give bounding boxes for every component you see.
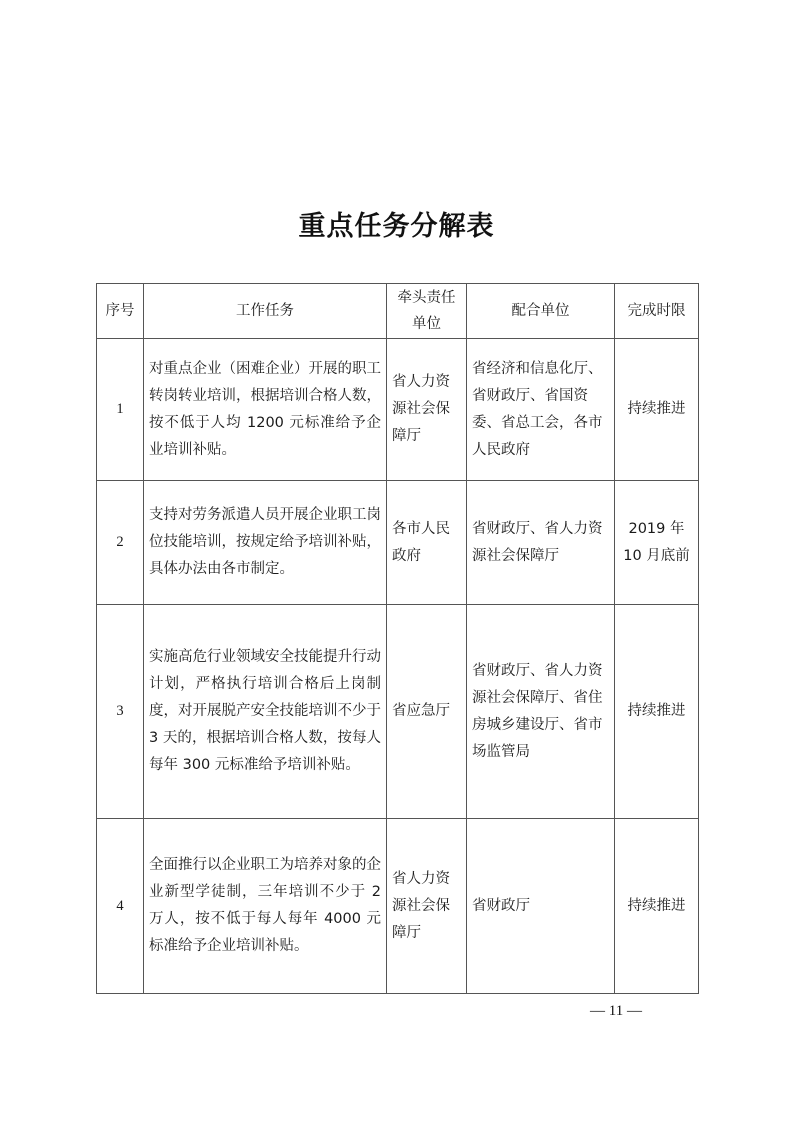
row-deadline: 持续推进: [615, 819, 699, 994]
row-deadline: 2019 年 10 月底前: [615, 481, 699, 605]
row-task: 实施高危行业领域安全技能提升行动计划，严格执行培训合格后上岗制度，对开展脱产安全…: [144, 605, 387, 819]
task-breakdown-table: 序号 工作任务 牵头责任单位 配合单位 完成时限 1 对重点企业（困难企业）开展…: [96, 283, 699, 994]
row-task: 全面推行以企业职工为培养对象的企业新型学徒制，三年培训不少于 2 万人，按不低于…: [144, 819, 387, 994]
row-task: 支持对劳务派遣人员开展企业职工岗位技能培训，按规定给予培训补贴，具体办法由各市制…: [144, 481, 387, 605]
page-number: — 11 —: [590, 1003, 642, 1020]
row-coop-units: 省财政厅、省人力资源社会保障厅: [467, 481, 615, 605]
table-row: 2 支持对劳务派遣人员开展企业职工岗位技能培训，按规定给予培训补贴，具体办法由各…: [97, 481, 699, 605]
table-row: 3 实施高危行业领域安全技能提升行动计划，严格执行培训合格后上岗制度，对开展脱产…: [97, 605, 699, 819]
table-row: 4 全面推行以企业职工为培养对象的企业新型学徒制，三年培训不少于 2 万人，按不…: [97, 819, 699, 994]
row-lead-unit: 省人力资源社会保障厅: [387, 339, 467, 481]
table-header-row: 序号 工作任务 牵头责任单位 配合单位 完成时限: [97, 284, 699, 339]
header-coop-units: 配合单位: [467, 284, 615, 339]
row-index: 3: [97, 605, 144, 819]
table-row: 1 对重点企业（困难企业）开展的职工转岗转业培训，根据培训合格人数，按不低于人均…: [97, 339, 699, 481]
row-deadline: 持续推进: [615, 605, 699, 819]
row-index: 2: [97, 481, 144, 605]
row-lead-unit: 省应急厅: [387, 605, 467, 819]
document-title: 重点任务分解表: [0, 204, 793, 243]
row-deadline: 持续推进: [615, 339, 699, 481]
row-index: 4: [97, 819, 144, 994]
header-task: 工作任务: [144, 284, 387, 339]
row-coop-units: 省财政厅: [467, 819, 615, 994]
row-coop-units: 省财政厅、省人力资源社会保障厅、省住房城乡建设厅、省市场监管局: [467, 605, 615, 819]
header-deadline: 完成时限: [615, 284, 699, 339]
header-lead-unit: 牵头责任单位: [387, 284, 467, 339]
row-lead-unit: 省人力资源社会保障厅: [387, 819, 467, 994]
header-index: 序号: [97, 284, 144, 339]
row-task: 对重点企业（困难企业）开展的职工转岗转业培训，根据培训合格人数，按不低于人均 1…: [144, 339, 387, 481]
row-lead-unit: 各市人民政府: [387, 481, 467, 605]
row-coop-units: 省经济和信息化厅、省财政厅、省国资委、省总工会，各市人民政府: [467, 339, 615, 481]
row-index: 1: [97, 339, 144, 481]
